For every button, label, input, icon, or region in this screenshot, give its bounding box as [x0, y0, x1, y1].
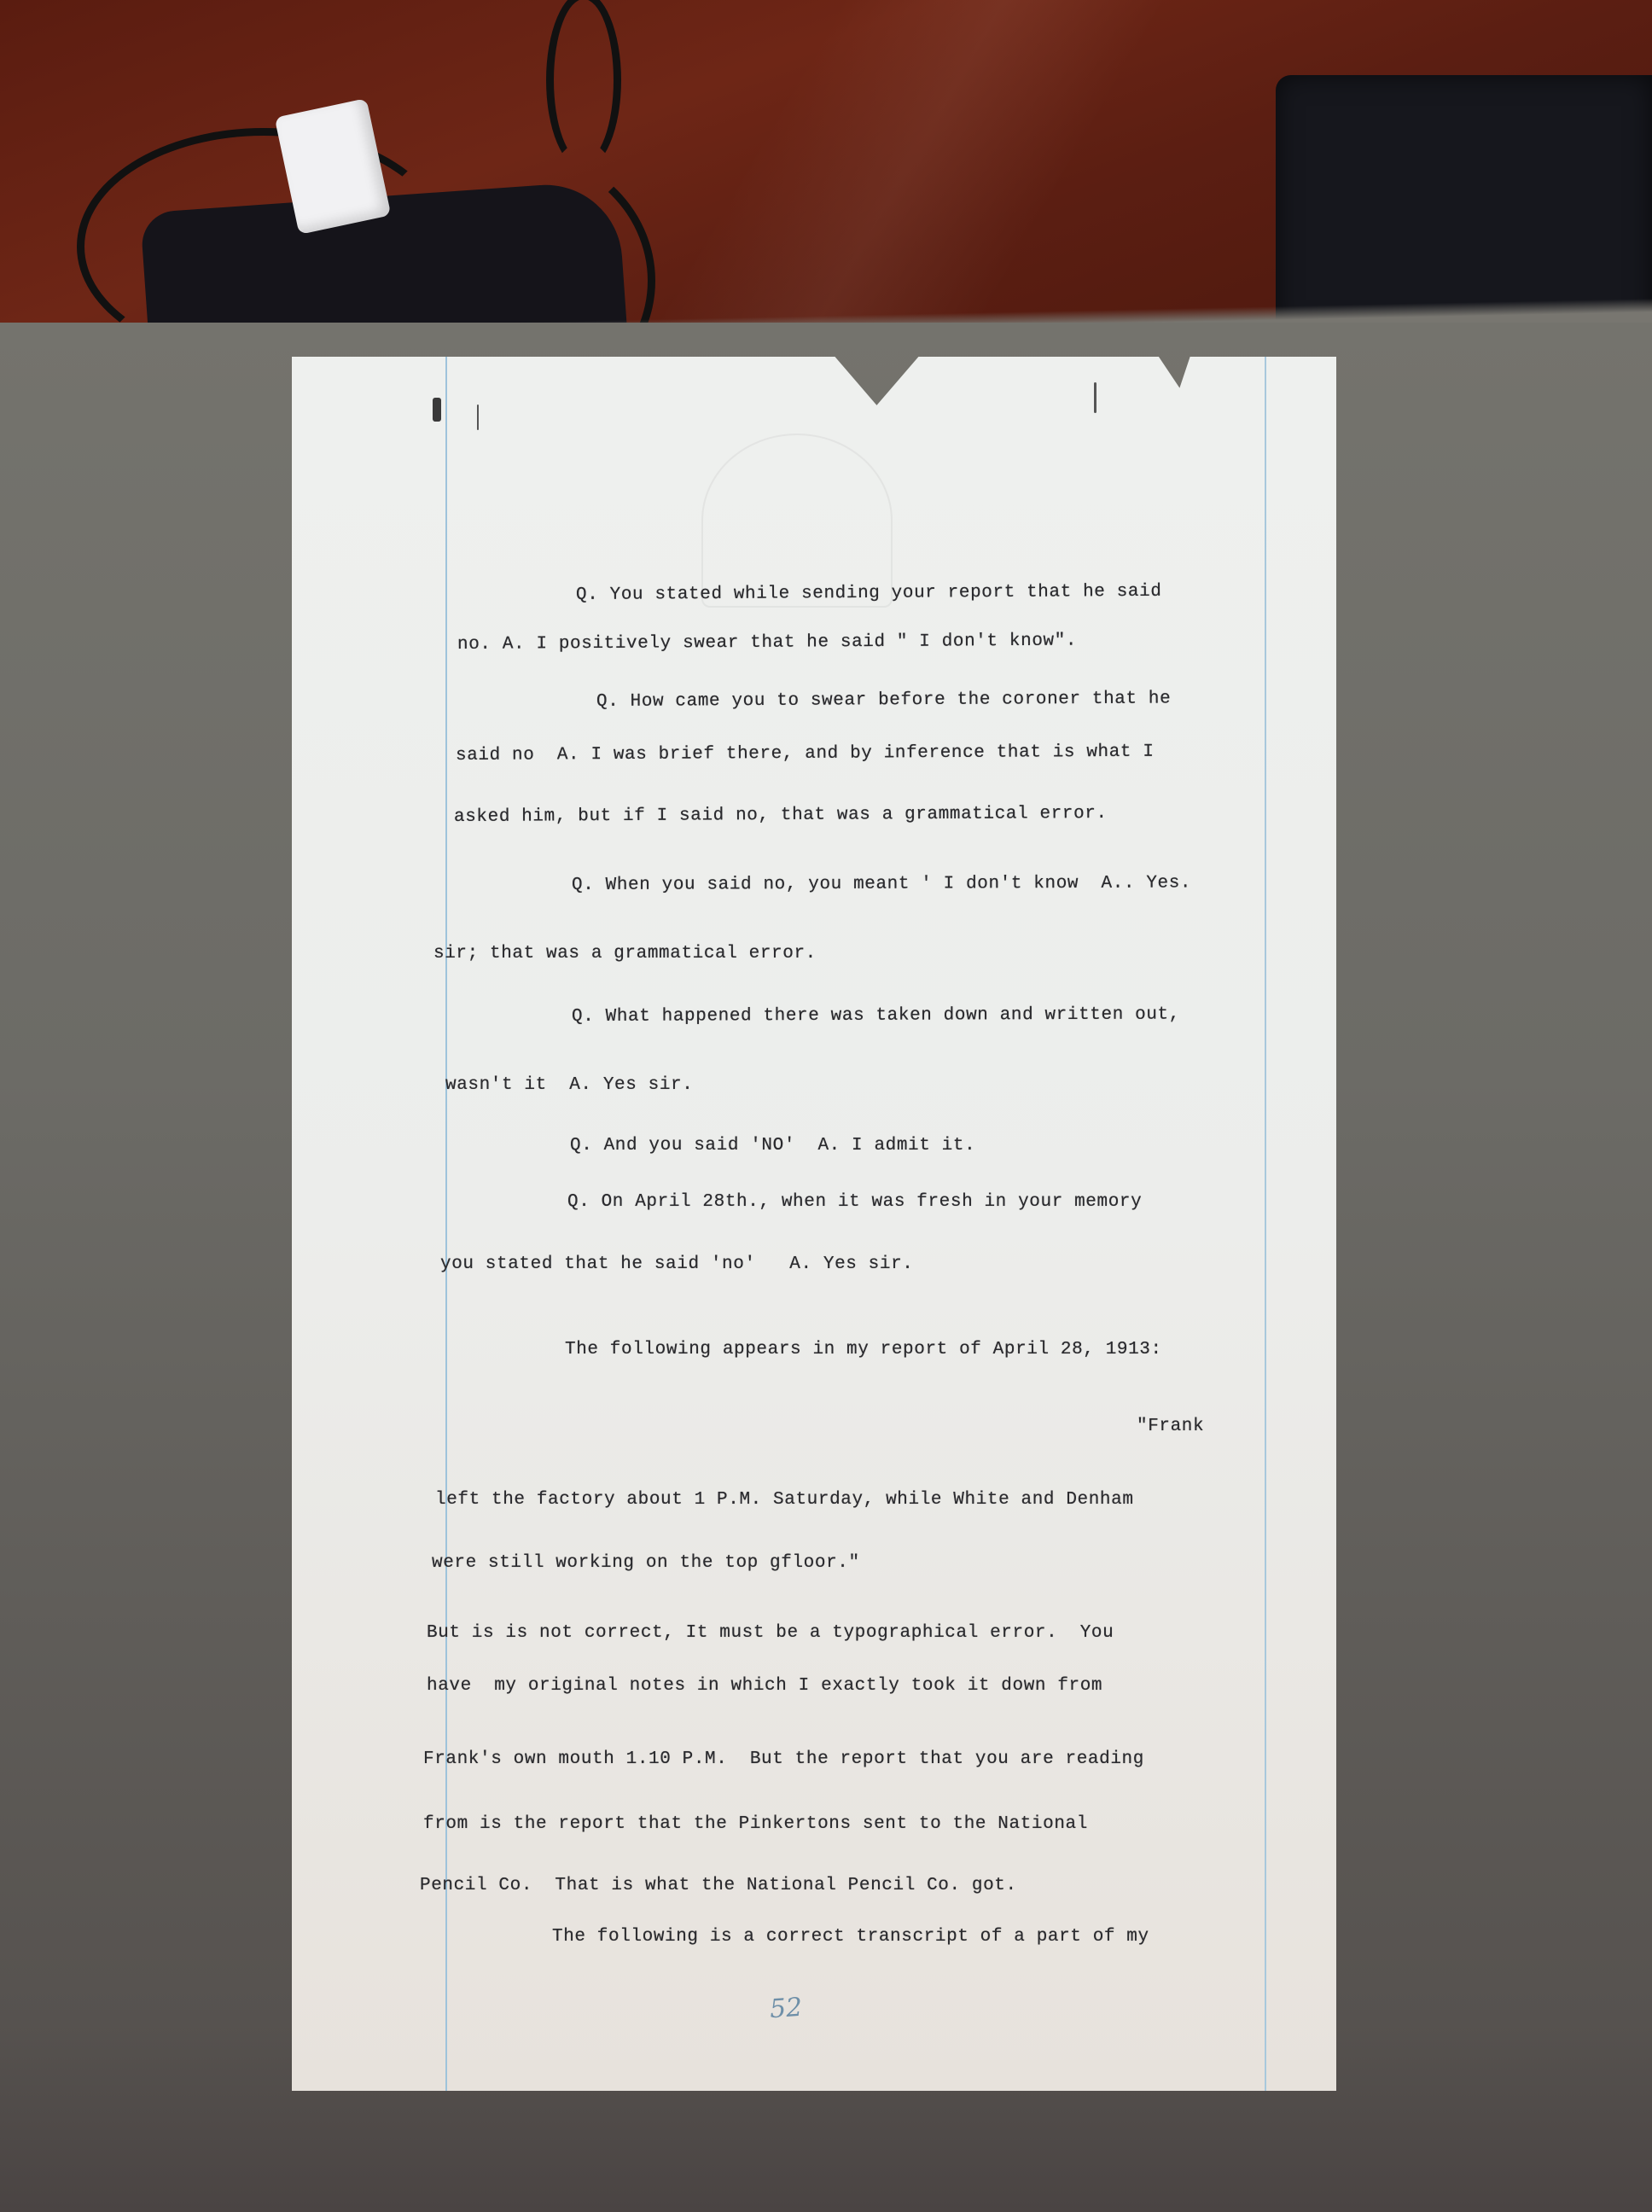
transcript-line: But is is not correct, It must be a typo…	[427, 1623, 1114, 1643]
transcript-line: were still working on the top gfloor."	[432, 1553, 860, 1573]
transcript-line: no. A. I positively swear that he said "…	[457, 632, 1077, 655]
tablet-case	[1276, 75, 1652, 331]
transcript-line: Pencil Co. That is what the National Pen…	[420, 1876, 1017, 1895]
transcript-line: Q. When you said no, you meant ' I don't…	[572, 873, 1191, 895]
transcript-line: from is the report that the Pinkertons s…	[423, 1814, 1088, 1834]
transcript-line: Q. What happened there was taken down an…	[572, 1005, 1180, 1027]
transcript-line: Q. And you said 'NO' A. I admit it.	[570, 1136, 975, 1155]
transcript-line: Q. You stated while sending your report …	[576, 582, 1162, 605]
transcript-line: Q. How came you to swear before the coro…	[596, 689, 1171, 712]
transcript-line: Q. On April 28th., when it was fresh in …	[567, 1192, 1142, 1212]
transcript-line: left the factory about 1 P.M. Saturday, …	[435, 1490, 1134, 1510]
transcript-line: The following is a correct transcript of…	[552, 1927, 1149, 1947]
transcript-line: you stated that he said 'no' A. Yes sir.	[440, 1254, 914, 1274]
transcript-line: said no A. I was brief there, and by inf…	[456, 742, 1155, 765]
transcript-line: asked him, but if I said no, that was a …	[454, 804, 1108, 827]
transcript-text: Q. You stated while sending your report …	[292, 357, 1336, 2091]
transcript-line: wasn't it A. Yes sir.	[445, 1075, 693, 1095]
transcript-line: "Frank	[1137, 1417, 1204, 1436]
transcript-line: have my original notes in which I exactl…	[427, 1676, 1102, 1696]
transcript-line: sir; that was a grammatical error.	[433, 944, 817, 963]
transcript-line: Frank's own mouth 1.10 P.M. But the repo…	[423, 1749, 1144, 1769]
transcript-line: The following appears in my report of Ap…	[565, 1340, 1162, 1359]
handwritten-page-number: 52	[769, 1993, 804, 2025]
typewritten-document-page: Q. You stated while sending your report …	[292, 357, 1336, 2091]
